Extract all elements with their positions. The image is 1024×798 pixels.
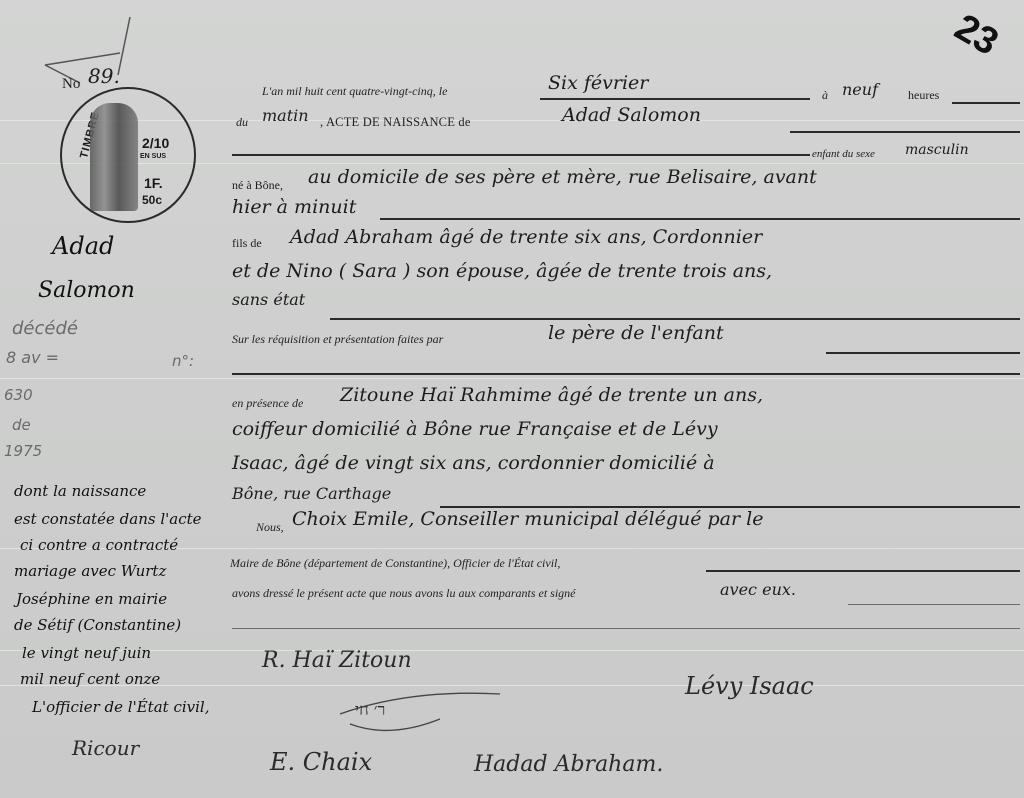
margin-annotation-line: L'officier de l'État civil, [32,698,209,716]
signature-flourish-icon [330,684,510,744]
printed-du: du [236,115,248,130]
printed-child-sex: enfant du sexe [812,148,875,160]
page-number: 23 [947,6,1005,64]
fill-line [952,102,1020,104]
pencil-note-line: 8 av = [6,348,59,367]
stamp-value-cents: 50c [142,193,162,207]
stamp-surcharge: 2/10 [142,135,169,151]
margin-annotation-line: ci contre a contracté [20,536,178,554]
pencil-mark: n°: [172,352,194,370]
handwritten-officer: Choix Emile, Conseiller municipal délégu… [292,508,763,530]
printed-at: à [822,88,828,103]
tax-stamp: TIMBRE 2/10 EN SUS 1F. 50c [60,87,196,223]
printed-son-of: fils de [232,236,262,251]
printed-hours: heures [908,88,939,103]
margin-surname: Adad [52,232,114,260]
printed-act-title: , ACTE DE NAISSANCE de [320,115,471,130]
handwritten-date: Six février [548,72,648,94]
printed-closing-text: avons dressé le présent acte que nous av… [232,586,576,601]
fill-line [232,628,1020,629]
act-number: 89. [88,64,120,88]
handwritten-child-name: Adad Salomon [562,104,701,126]
fill-line [848,604,1020,605]
signature-officer: E. Chaix [270,748,372,776]
civil-registry-page: 23 No 89. TIMBRE 2/10 EN SUS 1F. 50c Ada… [0,0,1024,798]
stamp-surcharge-note: EN SUS [140,153,166,160]
printed-we: Nous, [256,520,284,535]
fill-line [540,98,810,100]
handwritten-hour: neuf [842,80,878,99]
handwritten-witness2-address: Bône, rue Carthage [232,484,391,503]
margin-annotation-signature: Ricour [72,736,139,760]
margin-annotation-line: dont la naissance [14,482,146,500]
handwritten-birth-time: hier à minuit [232,196,356,218]
margin-annotation-line: Joséphine en mairie [16,590,167,608]
handwritten-period: matin [262,106,309,125]
fill-line [232,373,1020,375]
margin-annotation-line: mariage avec Wurtz [14,562,166,580]
handwritten-father: Adad Abraham âgé de trente six ans, Cord… [290,226,762,248]
margin-given-name: Salomon [38,278,135,303]
pencil-note-line: 630 [4,386,33,404]
handwritten-mother-occupation: sans état [232,290,305,309]
signature-witness2: Lévy Isaac [685,672,814,700]
printed-born-at: né à Bône, [232,178,283,193]
printed-mayor-text: Maire de Bône (département de Constantin… [230,556,560,571]
handwritten-birthplace: au domicile de ses père et mère, rue Bel… [308,166,817,188]
pencil-note-deceased: décédé [12,318,78,339]
justice-figure-icon [90,103,138,211]
fill-line [330,318,1020,320]
handwritten-witness1: Zitoune Haï Rahmime âgé de trente un ans… [340,384,763,406]
ruled-line [0,650,1024,651]
handwritten-sex: masculin [905,142,969,158]
pencil-note-line: de [12,416,31,434]
handwritten-witness1-details: coiffeur domicilié à Bône rue Française … [232,418,718,440]
margin-annotation-line: de Sétif (Constantine) [14,616,181,634]
printed-year-text: L'an mil huit cent quatre-vingt-cinq, le [262,84,447,99]
handwritten-mother: et de Nino ( Sara ) son épouse, âgée de … [232,260,772,282]
handwritten-with-them: avec eux. [720,580,796,599]
handwritten-witness2: Isaac, âgé de vingt six ans, cordonnier … [232,452,715,474]
fill-line [232,154,810,156]
fill-line [380,218,1020,220]
printed-in-presence-of: en présence de [232,396,303,411]
fill-line [706,570,1020,572]
margin-annotation-line: est constatée dans l'acte [14,510,202,528]
fill-line [826,352,1020,354]
signature-father: Hadad Abraham. [474,752,663,777]
handwritten-declarant: le père de l'enfant [548,322,724,344]
margin-annotation-line: mil neuf cent onze [20,670,160,688]
ruled-line [0,378,1024,379]
stamp-value: 1F. [144,175,163,191]
fill-line [790,131,1020,133]
signature-witness1: R. Haï Zitoun [262,648,412,673]
pencil-note-line: 1975 [4,442,42,460]
act-number-label: No [62,76,80,93]
printed-requisition: Sur les réquisition et présentation fait… [232,332,443,347]
margin-annotation-line: le vingt neuf juin [22,644,151,662]
